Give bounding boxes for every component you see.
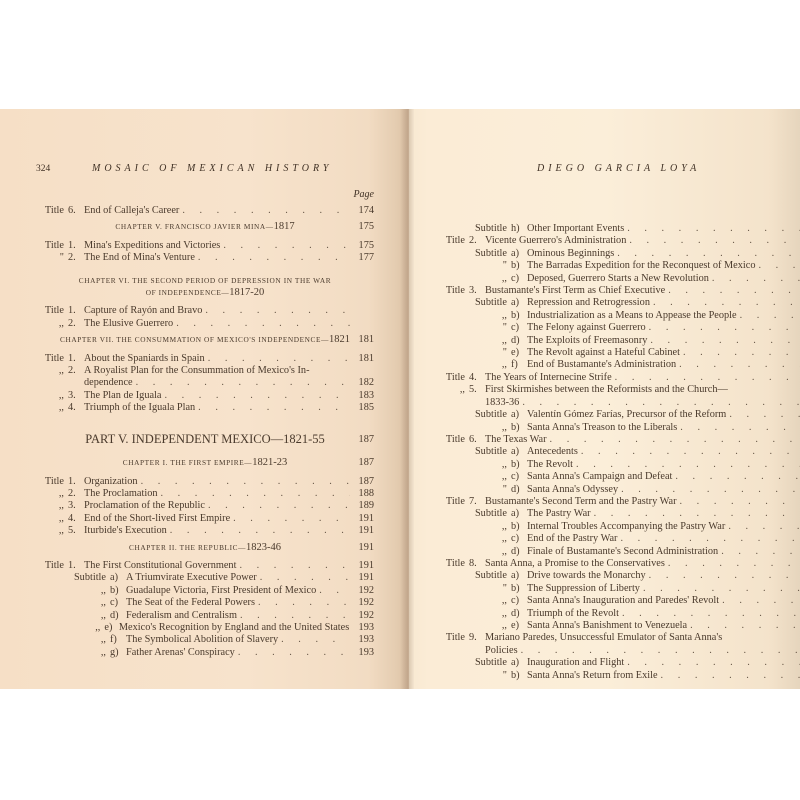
toc-entry: Title8.Santa Anna, a Promise to the Cons… — [437, 558, 800, 570]
entry-title: Industrialization as a Means to Appease … — [527, 310, 737, 322]
entry-label: Subtitle — [447, 570, 511, 582]
entry-number: b) — [511, 310, 527, 322]
entry-label: Title — [36, 240, 68, 252]
entry-number: c) — [511, 273, 527, 285]
entry-title: The Pastry War — [527, 508, 591, 520]
entry-label: ,, — [46, 634, 110, 646]
entry-title: First Skirmishes between the Reformists … — [485, 384, 728, 396]
chapter-years: 1821-23 — [252, 457, 287, 468]
entry-title: The Texas War — [485, 434, 547, 446]
toc-entry: ,,f)End of Bustamante's Administration — [437, 359, 800, 371]
toc-entry: Title2.Vicente Guerrero's Administration — [437, 235, 800, 247]
toc-entry: Subtitlea)A Triumvirate Executive Power1… — [36, 572, 374, 584]
left-page: 324 MOSAIC OF MEXICAN HISTORY Page Title… — [0, 109, 409, 689]
toc-entry: ,,e)Santa Anna's Banishment to Venezuela — [437, 620, 800, 632]
entry-title: The Felony against Guerrero — [527, 322, 646, 334]
dot-leader — [591, 508, 800, 520]
toc-entry: ,,b)Industrialization as a Means to Appe… — [437, 310, 800, 322]
page-ref: 192 — [350, 610, 374, 622]
dot-leader — [672, 471, 800, 483]
entry-number: c) — [511, 595, 527, 607]
dot-leader — [230, 513, 350, 525]
toc-entry: Title6.The Texas War — [437, 434, 800, 446]
toc-entry: ,,g)Father Arenas' Conspiracy193 — [36, 647, 374, 659]
toc-entry: Subtitlea)The Pastry War — [437, 508, 800, 520]
entry-title: Repression and Retrogression — [527, 297, 650, 309]
entry-label: ,, — [36, 488, 68, 500]
dot-leader — [709, 273, 800, 285]
entry-title: End of Bustamante's Administration — [527, 359, 676, 371]
entry-title-cont: dependence — [84, 377, 133, 389]
entry-label: ,, — [447, 310, 511, 322]
dot-leader — [161, 390, 350, 402]
page-ref: 174 — [350, 205, 374, 217]
entry-title: Santa Anna's Campaign and Defeat — [527, 471, 672, 483]
dot-leader — [205, 353, 350, 365]
entry-label: ,, — [36, 365, 68, 377]
entry-number: 2. — [469, 235, 485, 247]
dot-leader — [220, 240, 350, 252]
entry-title: End of the Pastry War — [527, 533, 618, 545]
entry-label: " — [447, 583, 511, 595]
entry-number: b) — [511, 670, 527, 682]
entry-label: ,, — [447, 546, 511, 558]
entry-title: Bustamante's First Term as Chief Executi… — [485, 285, 665, 297]
dot-leader — [665, 558, 800, 570]
entry-number: 2. — [68, 318, 84, 330]
entry-number: 1. — [68, 240, 84, 252]
entry-title: Proclamation of the Republic — [84, 500, 205, 512]
entry-label: ,, — [36, 525, 68, 537]
entry-number: b) — [511, 260, 527, 272]
chapter-years: 1823-46 — [246, 542, 281, 553]
entry-label: Title — [437, 558, 469, 570]
dot-leader — [618, 533, 800, 545]
entry-title: Santa Anna's Treason to the Liberals — [527, 422, 677, 434]
dot-leader — [519, 397, 800, 409]
entry-number: a) — [511, 446, 527, 458]
entry-number: b) — [511, 583, 527, 595]
entry-title: Mexico's Recognition by England and the … — [119, 622, 349, 634]
chapter-heading: Chapter VI. The Second Period of Depress… — [36, 275, 374, 300]
chapter-years: 1817-20 — [229, 287, 264, 298]
entry-number: f) — [511, 359, 527, 371]
entry-label: ,, — [46, 647, 110, 659]
entry-number: d) — [511, 608, 527, 620]
entry-label: " — [447, 670, 511, 682]
entry-label: Title — [437, 235, 469, 247]
entry-label: Subtitle — [447, 508, 511, 520]
page-ref: 183 — [350, 390, 374, 402]
entry-title: Iturbide's Execution — [84, 525, 167, 537]
chapter-title: Chapter II. The Republic— — [129, 543, 246, 552]
dot-leader — [658, 670, 800, 682]
part-heading: PART V. INDEPENDENT MEXICO—1821-55187 — [36, 433, 374, 445]
dot-leader — [755, 260, 800, 272]
toc-entry: ,,3.The Plan de Iguala183 — [36, 390, 374, 402]
entry-label: Subtitle — [447, 446, 511, 458]
entry-title: Internal Troubles Accompanying the Pastr… — [527, 521, 725, 533]
toc-entry: Subtitlea)Antecedents — [437, 446, 800, 458]
entry-label: Subtitle — [447, 248, 511, 260]
entry-label: " — [447, 484, 511, 496]
entry-title: The Elusive Guerrero — [84, 318, 173, 330]
chapter-years: 1817 — [274, 221, 295, 232]
toc-entry: ,,c)Deposed, Guerrero Starts a New Revol… — [437, 273, 800, 285]
entry-title-cont: 1833-36 — [485, 397, 519, 409]
entry-label: ,, — [447, 459, 511, 471]
toc-entry: ,,4.Triumph of the Iguala Plan185 — [36, 402, 374, 414]
entry-label: Subtitle — [447, 657, 511, 669]
entry-number: 6. — [68, 205, 84, 217]
chapter-title: Chapter VI. The Second Period of Depress… — [36, 275, 374, 287]
entry-title: A Triumvirate Executive Power — [126, 572, 257, 584]
entry-label: ,, — [447, 608, 511, 620]
toc-entry: ,,2.The Elusive Guerrero — [36, 318, 374, 330]
dot-leader — [578, 446, 800, 458]
entry-title: Guadalupe Victoria, First President of M… — [126, 585, 316, 597]
toc-entry: Subtitleh)Other Important Events — [437, 223, 800, 235]
chapter-title: Chapter VII. The Consummation of Mexico'… — [60, 335, 329, 344]
page-ref: 189 — [350, 500, 374, 512]
entry-number: a) — [511, 508, 527, 520]
chapter-heading: Chapter I. The First Empire—1821-23187 — [36, 457, 374, 469]
entry-number: d) — [110, 610, 126, 622]
part-title: PART V. INDEPENDENT MEXICO—1821-55 — [85, 432, 325, 446]
entry-label: ,, — [36, 402, 68, 414]
right-page: DIEGO GARCIA LOYA Subtitleh)Other Import… — [409, 109, 800, 689]
entry-number: b) — [511, 459, 527, 471]
dot-leader — [235, 647, 350, 659]
entry-number: g) — [110, 647, 126, 659]
dot-leader — [624, 657, 800, 669]
entry-label: ,, — [46, 610, 110, 622]
dot-leader — [257, 572, 350, 584]
entry-label: Title — [437, 434, 469, 446]
page-ref: 181 — [350, 353, 374, 365]
toc-entry: ,,c)End of the Pastry War — [437, 533, 800, 545]
entry-label: Title — [36, 353, 68, 365]
dot-leader — [624, 223, 800, 235]
entry-title: Mina's Expeditions and Victories — [84, 240, 220, 252]
entry-number: c) — [511, 533, 527, 545]
dot-leader — [316, 585, 350, 597]
dot-leader — [236, 560, 350, 572]
entry-title: The Revolt against a Hateful Cabinet — [527, 347, 680, 359]
entry-number: 1. — [68, 476, 84, 488]
toc-entry: Title1.Organization187 — [36, 476, 374, 488]
entry-title: Valentín Gómez Farías, Precursor of the … — [527, 409, 726, 421]
toc-entry: ,,e)Mexico's Recognition by England and … — [36, 622, 374, 634]
toc-entry: "2.The End of Mina's Venture177 — [36, 252, 374, 264]
dot-leader — [676, 359, 800, 371]
toc-entry: ,,2.The Proclamation188 — [36, 488, 374, 500]
entry-number: f) — [110, 634, 126, 646]
entry-label: ,, — [447, 273, 511, 285]
entry-label: Title — [36, 205, 68, 217]
entry-title: The Proclamation — [84, 488, 158, 500]
dot-leader — [618, 484, 800, 496]
entry-title: Vicente Guerrero's Administration — [485, 235, 626, 247]
page-number: 324 — [36, 164, 50, 174]
entry-label: ,, — [36, 318, 68, 330]
entry-number: d) — [511, 484, 527, 496]
page-ref: 193 — [350, 647, 374, 659]
entry-number: 3. — [469, 285, 485, 297]
entry-title: About the Spaniards in Spain — [84, 353, 205, 365]
dot-leader — [665, 285, 800, 297]
entry-label: Subtitle — [447, 297, 511, 309]
dot-leader — [195, 252, 350, 264]
toc-entry-cont: 1833-36 — [437, 397, 800, 409]
toc-entry: Subtitlea)Repression and Retrogression — [437, 297, 800, 309]
entry-number: c) — [110, 597, 126, 609]
dot-leader — [173, 318, 350, 330]
entry-title: Federalism and Centralism — [126, 610, 237, 622]
entry-number: e) — [104, 622, 119, 634]
entry-number: b) — [110, 585, 126, 597]
toc-entry: ,,c)Santa Anna's Campaign and Defeat — [437, 471, 800, 483]
entry-title: Inauguration and Flight — [527, 657, 624, 669]
page-ref: 191 — [350, 560, 374, 572]
entry-title: Father Arenas' Conspiracy — [126, 647, 235, 659]
toc-entry: "b)The Suppression of Liberty — [437, 583, 800, 595]
dot-leader — [725, 521, 800, 533]
entry-label: Subtitle — [46, 572, 110, 584]
toc-entry: Subtitlea)Drive towards the Monarchy — [437, 570, 800, 582]
entry-label: " — [447, 347, 511, 359]
entry-number: b) — [511, 422, 527, 434]
entry-title: Triumph of the Iguala Plan — [84, 402, 195, 414]
dot-leader — [718, 546, 800, 558]
page-ref: 185 — [350, 402, 374, 414]
entry-number: 2. — [68, 252, 84, 264]
toc-entry: ,,b)Internal Troubles Accompanying the P… — [437, 521, 800, 533]
chapter-heading: Chapter II. The Republic—1823-46191 — [36, 542, 374, 554]
dot-leader — [650, 297, 800, 309]
page-ref: 191 — [359, 542, 374, 554]
dot-leader — [646, 322, 800, 334]
chapter-title-cont: of Independence—1817-20 — [36, 287, 374, 299]
page-ref: 193 — [352, 622, 374, 634]
dot-leader — [179, 205, 350, 217]
toc-entry: ,,d)The Exploits of Freemasonry — [437, 335, 800, 347]
toc-entry: Title9.Mariano Paredes, Unsuccessful Emu… — [437, 632, 800, 644]
toc-entry: ,,5.Iturbide's Execution191 — [36, 525, 374, 537]
page-ref: 181 — [359, 334, 374, 346]
indent-spacer — [437, 645, 485, 657]
entry-label: ,, — [46, 585, 110, 597]
dot-leader — [619, 608, 800, 620]
page-column-label: Page — [353, 189, 374, 200]
toc-entry: ,,c)Santa Anna's Inauguration and Parede… — [437, 595, 800, 607]
chapter-title: of Independence— — [146, 288, 230, 297]
chapter-heading: Chapter V. Francisco Javier Mina—1817175 — [36, 221, 374, 233]
page-ref: 177 — [350, 252, 374, 264]
entry-title: The Seat of the Federal Powers — [126, 597, 255, 609]
dot-leader — [737, 310, 800, 322]
toc-entry: Subtitlea)Inauguration and Flight — [437, 657, 800, 669]
dot-leader — [138, 476, 350, 488]
entry-title: End of Calleja's Career — [84, 205, 179, 217]
dot-leader — [205, 500, 350, 512]
entry-title: The Plan de Iguala — [84, 390, 161, 402]
entry-number: 4. — [469, 372, 485, 384]
entry-title: The Revolt — [527, 459, 573, 471]
toc-entry: ,,b)Guadalupe Victoria, First President … — [36, 585, 374, 597]
toc-entry: Title7.Bustamante's Second Term and the … — [437, 496, 800, 508]
toc-entry: ,,3.Proclamation of the Republic189 — [36, 500, 374, 512]
dot-leader — [677, 422, 800, 434]
entry-number: a) — [511, 570, 527, 582]
entry-label: ,, — [447, 533, 511, 545]
entry-title: Triumph of the Revolt — [527, 608, 619, 620]
toc-entry: "b)The Barradas Expedition for the Recon… — [437, 260, 800, 272]
entry-label: ,, — [447, 620, 511, 632]
toc-entry: Title1.The First Constitutional Governme… — [36, 560, 374, 572]
entry-label: Title — [36, 305, 68, 317]
entry-number: 2. — [68, 488, 84, 500]
toc-entry: ,,4.End of the Short-lived First Empire1… — [36, 513, 374, 525]
dot-leader — [133, 377, 350, 389]
entry-number: b) — [511, 521, 527, 533]
entry-number: 9. — [469, 632, 485, 644]
dot-leader — [687, 620, 800, 632]
dot-leader — [626, 235, 800, 247]
dot-leader — [614, 248, 800, 260]
toc-entry: ,,5.First Skirmishes between the Reformi… — [437, 384, 800, 396]
page-ref — [350, 305, 374, 317]
entry-title: Deposed, Guerrero Starts a New Revolutio… — [527, 273, 709, 285]
entry-title: Santa Anna, a Promise to the Conservativ… — [485, 558, 665, 570]
entry-number: d) — [511, 335, 527, 347]
dot-leader — [255, 597, 350, 609]
entry-label: ,, — [36, 500, 68, 512]
entry-label: Subtitle — [447, 223, 511, 235]
entry-title: The Barradas Expedition for the Reconque… — [527, 260, 755, 272]
dot-leader — [726, 409, 800, 421]
toc-entry: ,,c)The Seat of the Federal Powers192 — [36, 597, 374, 609]
page-ref: 175 — [350, 240, 374, 252]
table-of-contents-right: Subtitleh)Other Important EventsTitle2.V… — [437, 223, 800, 682]
entry-title: Santa Anna's Odyssey — [527, 484, 618, 496]
page-ref — [350, 318, 374, 330]
entry-title: Santa Anna's Inauguration and Paredes' R… — [527, 595, 719, 607]
toc-entry: Title1.Capture of Rayón and Bravo — [36, 305, 374, 317]
entry-label: ,, — [437, 384, 469, 396]
running-head: DIEGO GARCIA LOYA — [537, 163, 700, 174]
dot-leader — [158, 488, 351, 500]
toc-entry: "e)The Revolt against a Hateful Cabinet — [437, 347, 800, 359]
entry-title: Santa Anna's Return from Exile — [527, 670, 658, 682]
toc-entry: ,,f)The Symbolical Abolition of Slavery1… — [36, 634, 374, 646]
entry-title: Other Important Events — [527, 223, 624, 235]
toc-entry: ,,d)Finale of Bustamante's Second Admini… — [437, 546, 800, 558]
page-ref: 192 — [350, 597, 374, 609]
toc-entry: ,,b)Santa Anna's Treason to the Liberals — [437, 422, 800, 434]
entry-label: Title — [36, 476, 68, 488]
entry-title: Mariano Paredes, Unsuccessful Emulator o… — [485, 632, 722, 644]
toc-entry: ,,b)The Revolt — [437, 459, 800, 471]
entry-label: ,, — [447, 359, 511, 371]
toc-entry: Title6.End of Calleja's Career174 — [36, 205, 374, 217]
toc-entry: Subtitlea)Ominous Beginnings — [437, 248, 800, 260]
entry-label: ,, — [46, 597, 110, 609]
entry-title: The End of Mina's Venture — [84, 252, 195, 264]
entry-number: 1. — [68, 353, 84, 365]
entry-title: The Exploits of Freemasonry — [527, 335, 647, 347]
entry-number: 4. — [68, 402, 84, 414]
entry-title: End of the Short-lived First Empire — [84, 513, 230, 525]
dot-leader — [612, 372, 800, 384]
book-gutter — [400, 109, 414, 689]
entry-title-cont: Policies — [485, 645, 518, 657]
entry-title: The Years of Internecine Strife — [485, 372, 612, 384]
chapter-title: Chapter I. The First Empire— — [123, 458, 252, 467]
entry-number: a) — [110, 572, 126, 584]
entry-label: ,, — [36, 390, 68, 402]
toc-entry: Title1.Mina's Expeditions and Victories1… — [36, 240, 374, 252]
dot-leader — [647, 335, 800, 347]
dot-leader — [278, 634, 350, 646]
entry-title: Capture of Rayón and Bravo — [84, 305, 202, 317]
entry-label: " — [36, 252, 68, 264]
page-ref: 175 — [359, 221, 374, 233]
entry-number: h) — [511, 223, 527, 235]
dot-leader — [719, 595, 800, 607]
toc-entry: ,,d)Federalism and Centralism192 — [36, 610, 374, 622]
entry-number: 1. — [68, 560, 84, 572]
indent-spacer — [437, 397, 485, 409]
entry-number: 1. — [68, 305, 84, 317]
entry-label: Subtitle — [447, 409, 511, 421]
page-ref: 182 — [350, 377, 374, 389]
entry-label: ,, — [447, 471, 511, 483]
page-ref: 193 — [350, 634, 374, 646]
dot-leader — [677, 496, 800, 508]
entry-number: a) — [511, 297, 527, 309]
dot-leader — [167, 525, 350, 537]
entry-label: Title — [437, 285, 469, 297]
entry-label: ,, — [447, 595, 511, 607]
entry-number: 4. — [68, 513, 84, 525]
chapter-title: Chapter V. Francisco Javier Mina— — [115, 222, 273, 231]
entry-title: Organization — [84, 476, 138, 488]
page-ref: 188 — [350, 488, 374, 500]
toc-entry: Title4.The Years of Internecine Strife — [437, 372, 800, 384]
entry-label: ,, — [447, 521, 511, 533]
entry-number: a) — [511, 248, 527, 260]
entry-label: Title — [437, 496, 469, 508]
chapter-heading: Chapter VII. The Consummation of Mexico'… — [36, 334, 374, 346]
entry-label: " — [447, 322, 511, 334]
toc-entry: "c)The Felony against Guerrero — [437, 322, 800, 334]
indent-spacer — [36, 377, 84, 389]
entry-title: The First Constitutional Government — [84, 560, 236, 572]
toc-entry: ,,2.A Royalist Plan for the Consummation… — [36, 365, 374, 377]
entry-title: Finale of Bustamante's Second Administra… — [527, 546, 718, 558]
entry-number: a) — [511, 409, 527, 421]
entry-label: Title — [437, 632, 469, 644]
entry-title: Antecedents — [527, 446, 578, 458]
page-ref: 191 — [350, 572, 374, 584]
page-ref: 187 — [359, 434, 374, 446]
entry-title: Santa Anna's Banishment to Venezuela — [527, 620, 687, 632]
entry-number: c) — [511, 322, 527, 334]
toc-entry: "d)Santa Anna's Odyssey — [437, 484, 800, 496]
dot-leader — [195, 402, 350, 414]
entry-label: ,, — [447, 422, 511, 434]
